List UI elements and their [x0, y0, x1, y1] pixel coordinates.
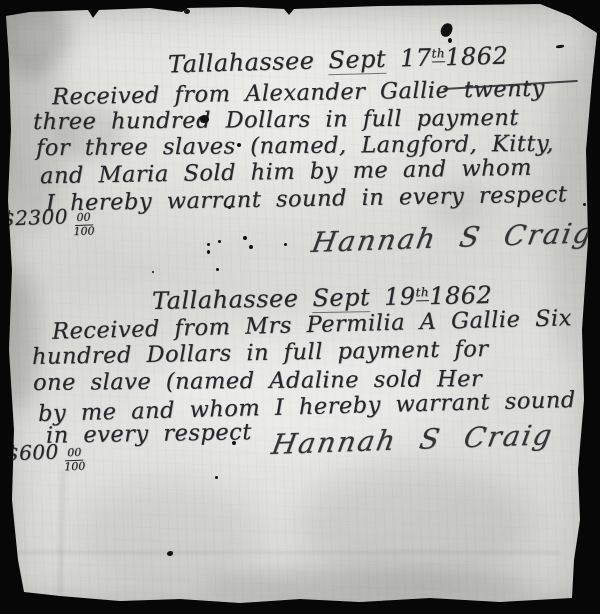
- paper-crease-horizontal: [15, 551, 560, 554]
- receipt2-body-line-4: by me and whom I hereby warrant sound: [38, 387, 576, 427]
- receipt2-body-line-3: one slave (named Adaline sold Her: [33, 366, 482, 396]
- receipt1-body-line-3: for three slaves (named, Langford, Kitty…: [36, 131, 554, 162]
- paper-stain: [200, 568, 530, 603]
- paper-stain: [300, 465, 530, 585]
- receipt2-year: 1862: [429, 281, 493, 310]
- receipt2-dateline: TallahasseeSept19th1862: [152, 281, 493, 315]
- paper-stain: [545, 60, 590, 360]
- receipt1-day-suffix: th: [431, 46, 445, 62]
- ink-speck: [216, 268, 219, 271]
- receipt2-amount: $60000100: [5, 439, 85, 475]
- ink-speck: [218, 240, 221, 243]
- paper-crease-vertical: [58, 470, 64, 595]
- ink-speck: [237, 143, 241, 147]
- ink-speck: [448, 38, 452, 43]
- receipt2-signature: Hannah S Craig: [269, 418, 556, 461]
- receipt2-amount-fraction: 00100: [64, 447, 86, 473]
- ink-speck: [207, 243, 210, 246]
- ink-blot: [167, 551, 173, 556]
- paper-stain: [430, 180, 490, 230]
- paper-highlight: [150, 330, 450, 450]
- paper-stain: [0, 0, 70, 75]
- receipt1-body-line-2: three hundred Dollars in full payment: [33, 105, 519, 135]
- receipt2-day-suffix: th: [415, 285, 429, 301]
- ink-blot: [439, 22, 454, 39]
- strikethrough-mark: [443, 80, 578, 90]
- ink-speck: [249, 245, 253, 249]
- paper-stain: [0, 55, 70, 225]
- receipt2-day: 19: [384, 282, 416, 311]
- receipt2-body-line-1: Received from Mrs Permilia A Gallie Six: [52, 305, 572, 345]
- ink-speck: [207, 250, 210, 254]
- ink-speck: [243, 236, 247, 240]
- receipt1-signature: Hannah S Craig: [309, 216, 596, 259]
- ink-speck: [583, 203, 586, 206]
- ink-speck: [228, 206, 231, 209]
- receipt2-amount-value: $600: [5, 440, 59, 466]
- receipt1-body-line-4: and Maria Sold him by me and whom: [40, 155, 532, 190]
- receipt1-amount-value: $2300: [1, 204, 68, 230]
- receipt1-body-line-1-text: Received from Alexander Gallie: [52, 77, 450, 110]
- paper-stain: [0, 270, 40, 410]
- receipt1-place: Tallahassee: [168, 47, 315, 79]
- receipt1-struck-word: twenty: [464, 76, 545, 103]
- receipt1-body-line-1: Received from Alexander Gallie twenty: [52, 76, 545, 111]
- receipt1-body-line-5: I hereby warrant sound in every respect: [46, 181, 568, 216]
- receipt2-body-line-5: in every respect: [46, 419, 252, 449]
- receipt1-dateline: TallahasseeSept17th1862: [168, 42, 509, 79]
- ink-speck: [152, 271, 154, 273]
- receipt1-year: 1862: [445, 42, 509, 72]
- ink-blot: [200, 115, 209, 123]
- receipt2-body-line-2: hundred Dollars in full payment for: [32, 336, 489, 370]
- paper-sheet: TallahasseeSept17th1862 Received from Al…: [0, 0, 600, 614]
- ink-speck: [556, 44, 564, 48]
- receipt1-amount-fraction: 00100: [73, 211, 95, 237]
- receipt2-month: Sept: [312, 283, 370, 313]
- receipt1-day: 17: [400, 44, 432, 73]
- receipt1-month: Sept: [328, 45, 386, 75]
- ink-speck: [232, 441, 236, 445]
- paper-stain: [80, 480, 260, 590]
- ink-speck: [184, 9, 190, 14]
- receipt2-place: Tallahassee: [152, 284, 299, 315]
- paper-stain: [55, 105, 125, 160]
- receipt1-amount: $230000100: [1, 203, 94, 239]
- ink-speck: [284, 243, 287, 246]
- photo-background: TallahasseeSept17th1862 Received from Al…: [0, 0, 600, 614]
- ink-speck: [215, 476, 218, 479]
